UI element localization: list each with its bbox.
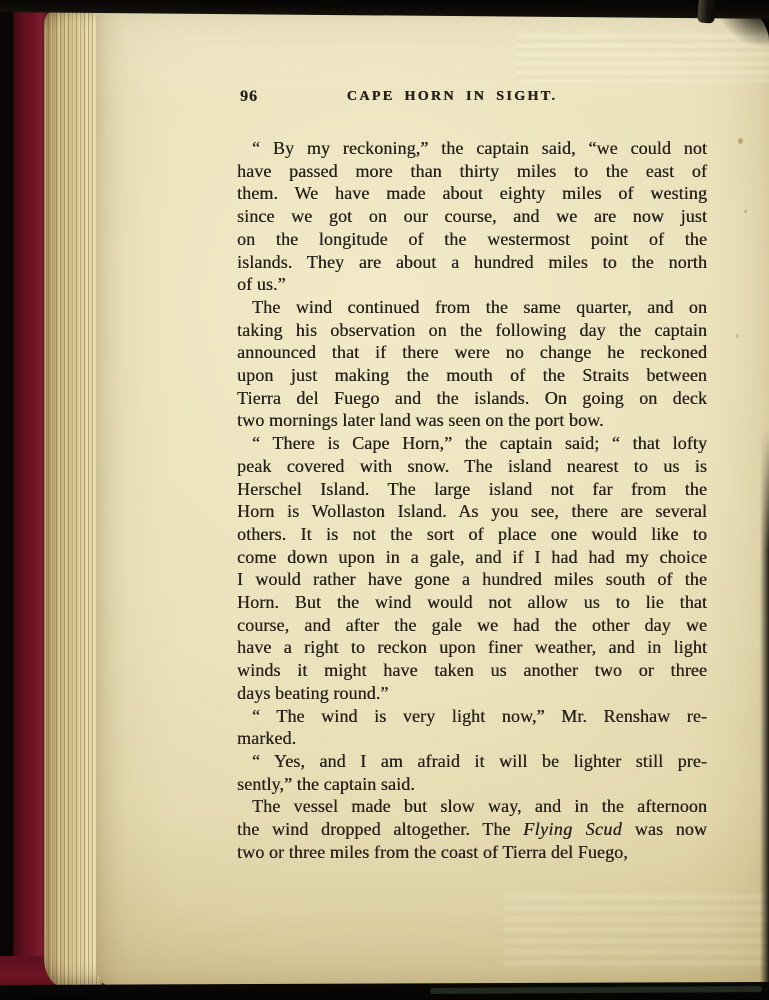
text-line: come down upon in a gale, and if I had h…: [237, 546, 707, 569]
text-segment: Tierra del Fuego and the islands. On goi…: [237, 388, 707, 408]
text-segment: since we got on our course, and we are n…: [237, 206, 707, 226]
text-segment: “ There is Cape Horn,” the captain said;…: [252, 433, 707, 453]
text-line: on the longitude of the westermost point…: [237, 228, 707, 251]
text-segment: taking his observation on the following …: [237, 320, 707, 340]
text-line: I would rather have gone a hundred miles…: [237, 568, 707, 591]
text-line: marked.: [237, 727, 707, 750]
text-segment: I would rather have gone a hundred miles…: [237, 569, 707, 589]
text-line: peak covered with snow. The island neare…: [237, 455, 707, 478]
ship-name-italic: Flying Scud: [523, 819, 622, 839]
text-line: “ The wind is very light now,” Mr. Rensh…: [237, 705, 707, 728]
page-fore-edge-stack: [44, 4, 102, 988]
text-segment: of us.”: [237, 274, 286, 294]
text-segment: on the longitude of the westermost point…: [237, 229, 707, 249]
text-line: Herschel Island. The large island not fa…: [237, 478, 707, 501]
text-segment: sently,” the captain said.: [237, 774, 415, 794]
text-line: sently,” the captain said.: [237, 773, 707, 796]
text-line: have a right to reckon upon finer weathe…: [237, 636, 707, 659]
text-line: “ Yes, and I am afraid it will be lighte…: [237, 750, 707, 773]
text-line: since we got on our course, and we are n…: [237, 205, 707, 228]
text-line: islands. They are about a hundred miles …: [237, 251, 707, 274]
text-segment: “ The wind is very light now,” Mr. Rensh…: [252, 706, 707, 726]
text-segment: Horn. But the wind would not allow us to…: [237, 592, 707, 612]
page-edge-streaks-bottom: [504, 894, 769, 966]
text-segment: them. We have made about eighty miles of…: [237, 183, 707, 203]
text-segment: The vessel made but slow way, and in the…: [252, 796, 707, 816]
text-segment: come down upon in a gale, and if I had h…: [237, 547, 707, 567]
text-segment: have passed more than thirty miles to th…: [237, 161, 707, 181]
page-right-edge-shadow: [760, 430, 769, 986]
text-segment: two mornings later land was seen on the …: [237, 410, 604, 430]
text-line: them. We have made about eighty miles of…: [237, 182, 707, 205]
text-line: have passed more than thirty miles to th…: [237, 160, 707, 183]
paper-speck: [736, 334, 739, 338]
text-line: others. It is not the sort of place one …: [237, 523, 707, 546]
text-line: upon just making the mouth of the Strait…: [237, 364, 707, 387]
text-line: winds it might have taken us another two…: [237, 659, 707, 682]
text-segment: “ By my reckoning,” the captain said, “w…: [252, 138, 707, 158]
text-line: taking his observation on the following …: [237, 319, 707, 342]
text-segment: upon just making the mouth of the Strait…: [237, 365, 707, 385]
text-segment: Herschel Island. The large island not fa…: [237, 479, 707, 499]
text-line: announced that if there were no change h…: [237, 341, 707, 364]
text-segment: The wind continued from the same quarter…: [252, 297, 707, 317]
page-clip: [697, 0, 716, 24]
text-segment: announced that if there were no change h…: [237, 342, 707, 362]
running-header-row: 96 CAPE HORN IN SIGHT.: [237, 88, 707, 114]
text-line: Horn. But the wind would not allow us to…: [237, 591, 707, 614]
text-line: Tierra del Fuego and the islands. On goi…: [237, 387, 707, 410]
text-line: of us.”: [237, 273, 707, 296]
text-segment: others. It is not the sort of place one …: [237, 524, 707, 544]
text-line: course, and after the gale we had the ot…: [237, 614, 707, 637]
paper-speck: [738, 138, 743, 144]
text-segment: two or three miles from the coast of Tie…: [237, 842, 628, 862]
text-segment: course, and after the gale we had the ot…: [237, 615, 707, 635]
text-segment: days beating round.”: [237, 683, 388, 703]
body-text: “ By my reckoning,” the captain said, “w…: [237, 137, 707, 864]
text-line: The wind continued from the same quarter…: [237, 296, 707, 319]
text-line: two or three miles from the coast of Tie…: [237, 841, 707, 864]
text-segment: peak covered with snow. The island neare…: [237, 456, 707, 476]
text-line: the wind dropped altogether. The Flying …: [237, 818, 707, 841]
text-segment: islands. They are about a hundred miles …: [237, 252, 707, 272]
paper-speck: [744, 210, 747, 213]
text-segment: Horn is Wollaston Island. As you see, th…: [237, 501, 707, 521]
text-segment: was now: [622, 819, 707, 839]
text-line: The vessel made but slow way, and in the…: [237, 795, 707, 818]
book-photo: 96 CAPE HORN IN SIGHT. “ By my reckoning…: [0, 0, 769, 1000]
printed-area: 96 CAPE HORN IN SIGHT. “ By my reckoning…: [237, 88, 707, 114]
running-header-title: CAPE HORN IN SIGHT.: [347, 89, 558, 105]
text-segment: marked.: [237, 728, 296, 748]
text-line: Horn is Wollaston Island. As you see, th…: [237, 500, 707, 523]
book-page: 96 CAPE HORN IN SIGHT. “ By my reckoning…: [96, 6, 769, 988]
text-line: “ There is Cape Horn,” the captain said;…: [237, 432, 707, 455]
text-line: days beating round.”: [237, 682, 707, 705]
text-segment: winds it might have taken us another two…: [237, 660, 707, 680]
page-number: 96: [240, 88, 258, 106]
text-line: “ By my reckoning,” the captain said, “w…: [237, 137, 707, 160]
text-segment: “ Yes, and I am afraid it will be lighte…: [252, 751, 707, 771]
text-segment: the wind dropped altogether. The: [237, 819, 523, 839]
text-line: two mornings later land was seen on the …: [237, 409, 707, 432]
text-segment: have a right to reckon upon finer weathe…: [237, 637, 707, 657]
